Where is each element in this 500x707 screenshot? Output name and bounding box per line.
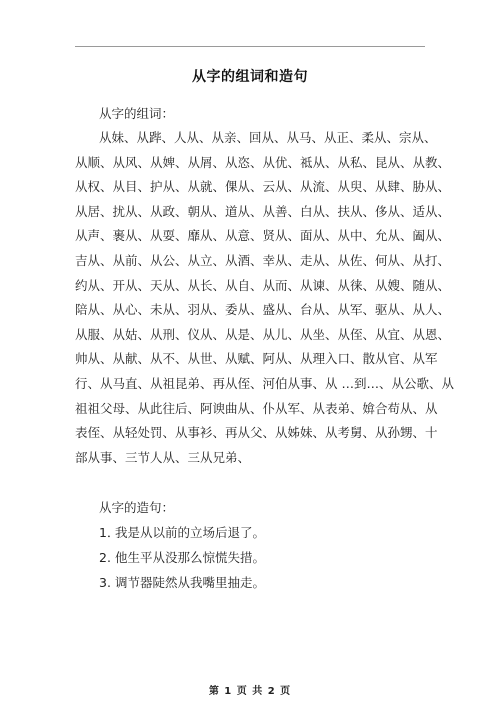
- words-line: 从居、扰从、从政、朝从、道从、从善、白从、扶从、侈从、适从、: [75, 200, 435, 225]
- sentence-item: 1．我是从以前的立场后退了。: [99, 523, 265, 541]
- sentence-item: 3.调节器陡然从我嘴里抽走。: [99, 573, 265, 591]
- sentence-text: 我是从以前的立场后退了。: [115, 525, 265, 540]
- sentence-text: 他生平从没那么惊慌失措。: [115, 550, 265, 565]
- words-line: 从妹、从跸、人从、从亲、回从、从马、从正、柔从、宗从、: [75, 126, 435, 151]
- page-indicator: 第 1 页 共 2 页: [0, 682, 500, 697]
- sentence-text: 调节器陡然从我嘴里抽走。: [115, 575, 265, 590]
- words-heading: 从字的组词：: [99, 104, 174, 122]
- words-line: 部从事、三节人从、三从兄弟、: [75, 446, 435, 471]
- sentence-item: 2.他生平从没那么惊慌失措。: [99, 548, 265, 566]
- document-title: 从字的组词和造句: [0, 66, 500, 86]
- sentence-number: 2.: [99, 550, 115, 565]
- words-line: 从服、从姑、从刑、仪从、从是、从儿、从坐、从侄、从宜、从恩、: [75, 323, 435, 348]
- header-rule: [75, 46, 425, 47]
- words-line: 祖祖父母、从此往后、阿谀曲从、仆从军、从表弟、媕合苟从、从: [75, 397, 435, 422]
- words-line: 从顺、从风、从婢、从屑、从恣、从优、祗从、从私、昆从、从教、: [75, 151, 435, 176]
- words-line: 陪从、从心、未从、羽从、委从、盛从、台从、从军、驱从、从人、: [75, 298, 435, 323]
- sentences-heading: 从字的造句：: [99, 498, 174, 516]
- words-line: 表侄、从轻处罚、从事衫、再从父、从姊妹、从考舅、从孙甥、十: [75, 421, 435, 446]
- words-line: 约从、开从、天从、从长、从自、从而、从谏、从徕、从嫂、随从、: [75, 274, 435, 299]
- sentence-number: 3.: [99, 575, 115, 590]
- words-paragraph: 从妹、从跸、人从、从亲、回从、从马、从正、柔从、宗从、 从顺、从风、从婢、从屑、…: [75, 126, 435, 470]
- words-line: 吉从、从前、从公、从立、从酒、幸从、走从、从佐、何从、从打、: [75, 249, 435, 274]
- words-line: 从权、从目、护从、从就、倮从、云从、从流、从臾、从肆、胁从、: [75, 175, 435, 200]
- words-line: 帅从、从献、从不、从世、从赋、阿从、从理入口、散从官、从军: [75, 347, 435, 372]
- words-line: 从声、裹从、从耍、靡从、从意、贤从、面从、从中、允从、阖从、: [75, 224, 435, 249]
- sentence-number: 1．: [99, 523, 115, 541]
- words-line: 行、从马直、从祖昆弟、再从侄、河伯从事、从 …到…、从公歌、从: [75, 372, 435, 397]
